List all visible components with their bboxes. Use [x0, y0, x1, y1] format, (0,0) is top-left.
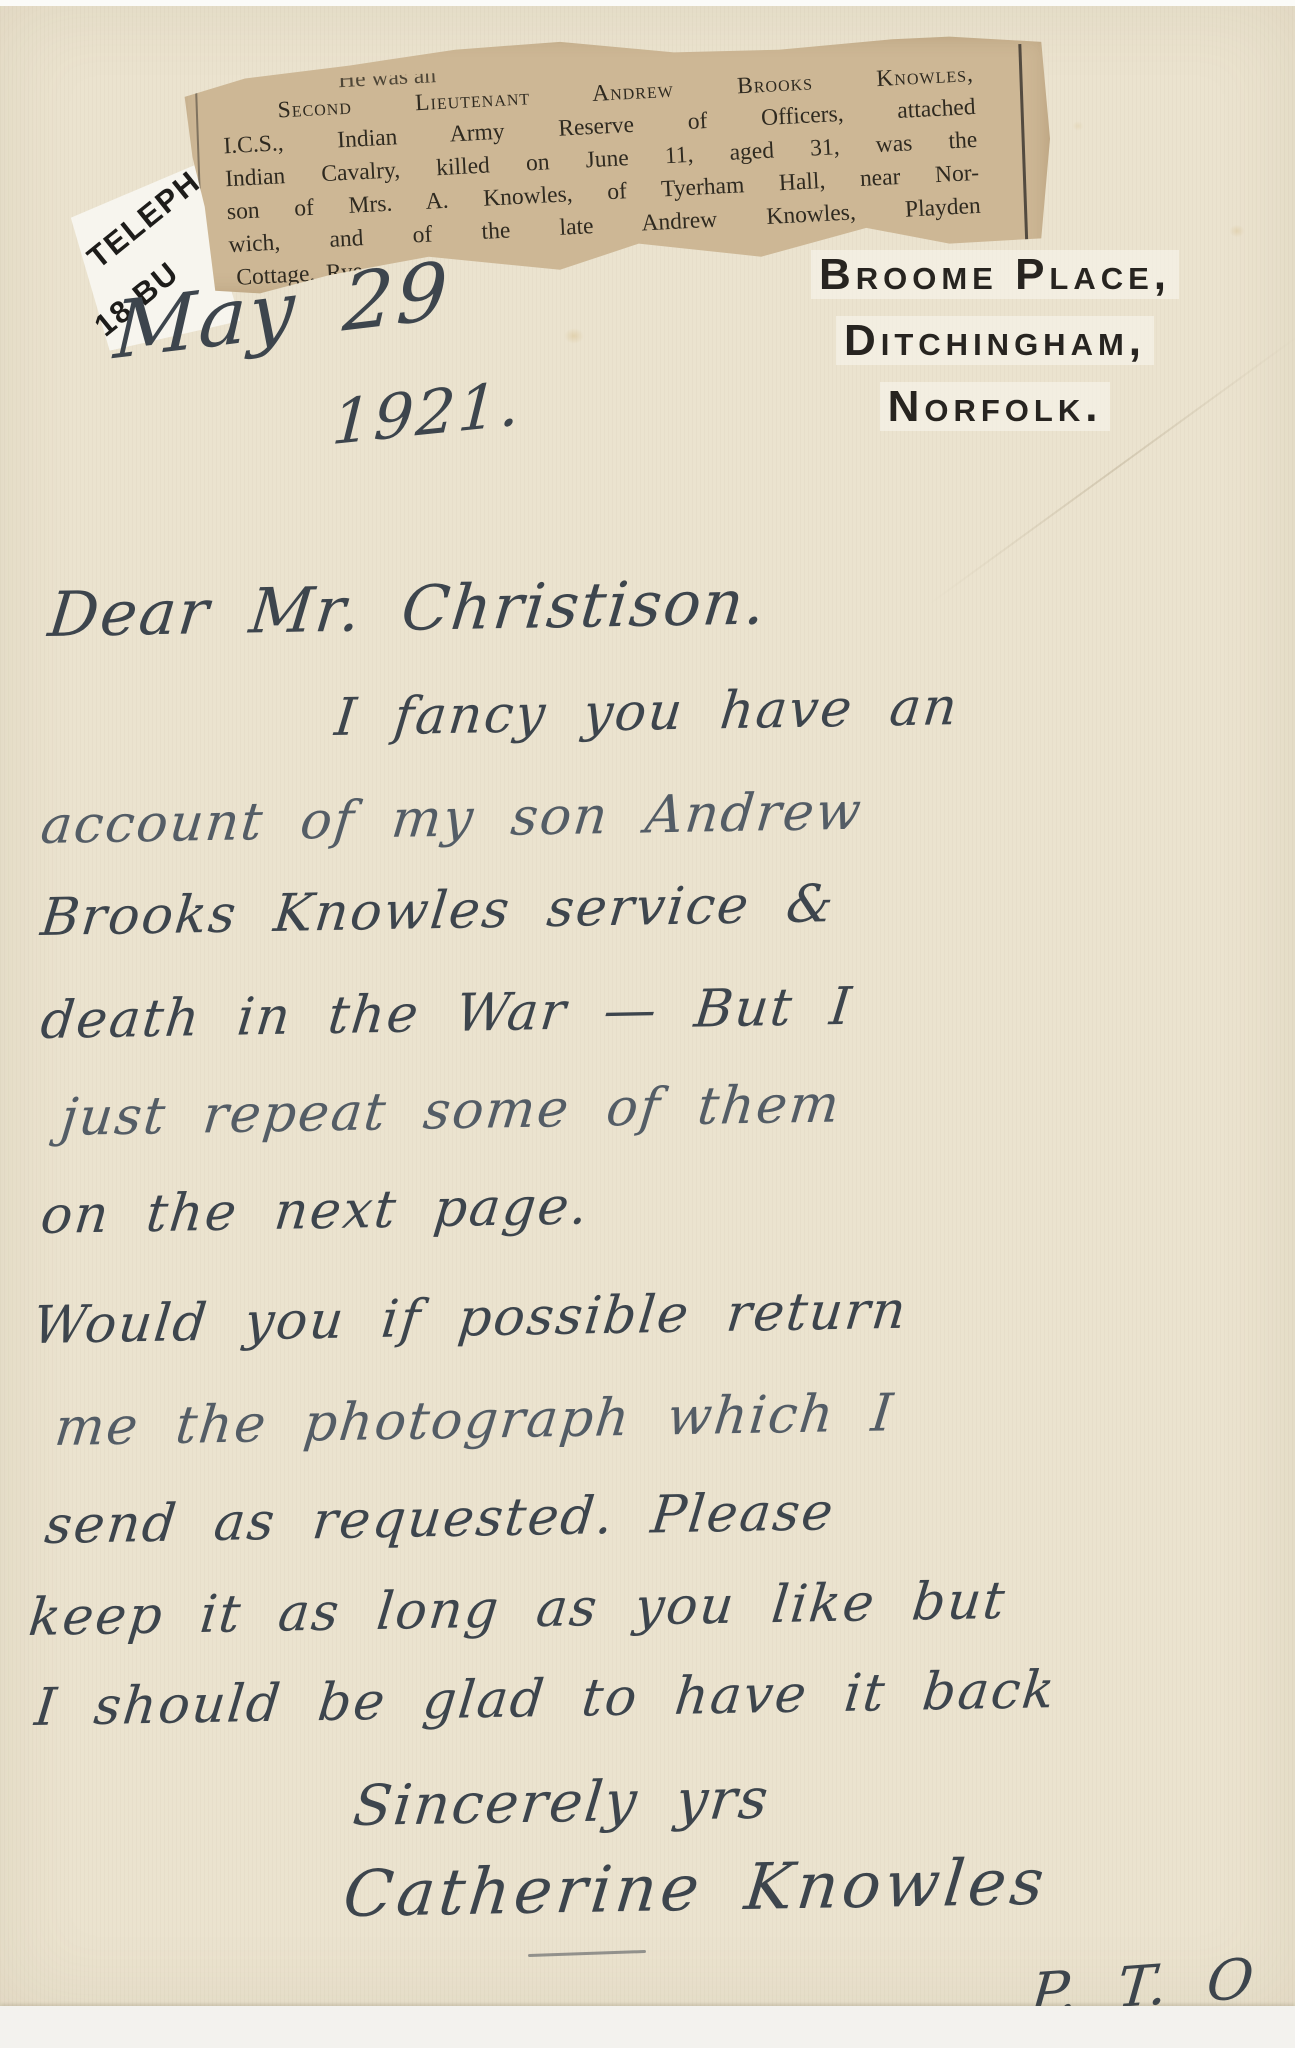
body-line: I fancy you have an — [332, 677, 962, 748]
body-line: death in the War — But I — [38, 977, 856, 1051]
body-line: I should be glad to have it back — [32, 1660, 1059, 1738]
letterhead-line-town: Ditchingham, — [800, 308, 1190, 374]
body-line: me the photograph which I — [52, 1383, 897, 1458]
scanned-letter-page: TELEPH 18 BU He was an Second Lieutenant… — [0, 0, 1295, 2048]
closing: Sincerely yrs — [350, 1767, 773, 1839]
signature: Catherine Knowles — [340, 1846, 1051, 1932]
salutation: Dear Mr. Christison. — [45, 566, 771, 651]
letterhead-address: Broome Place, Ditchingham, Norfolk. — [800, 242, 1190, 440]
handwritten-date-year: 1921. — [330, 367, 523, 459]
body-line: account of my son Andrew — [38, 782, 866, 856]
body-line: keep it as long as you like but — [26, 1571, 1009, 1648]
letterhead-line-county: Norfolk. — [800, 374, 1190, 440]
scan-edge-top — [0, 0, 1295, 6]
body-line: Brooks Knowles service & — [38, 874, 838, 948]
letter-paper: TELEPH 18 BU He was an Second Lieutenant… — [0, 6, 1295, 2006]
body-line: Would you if possible return — [30, 1281, 911, 1356]
letterhead-line-place: Broome Place, — [800, 242, 1190, 308]
body-line: just repeat some of them — [58, 1074, 844, 1148]
body-line: on the next page. — [38, 1176, 592, 1246]
scan-edge-bottom — [0, 2006, 1295, 2048]
signature-flourish — [528, 1950, 646, 1957]
body-line: send as requested. Please — [42, 1482, 838, 1556]
